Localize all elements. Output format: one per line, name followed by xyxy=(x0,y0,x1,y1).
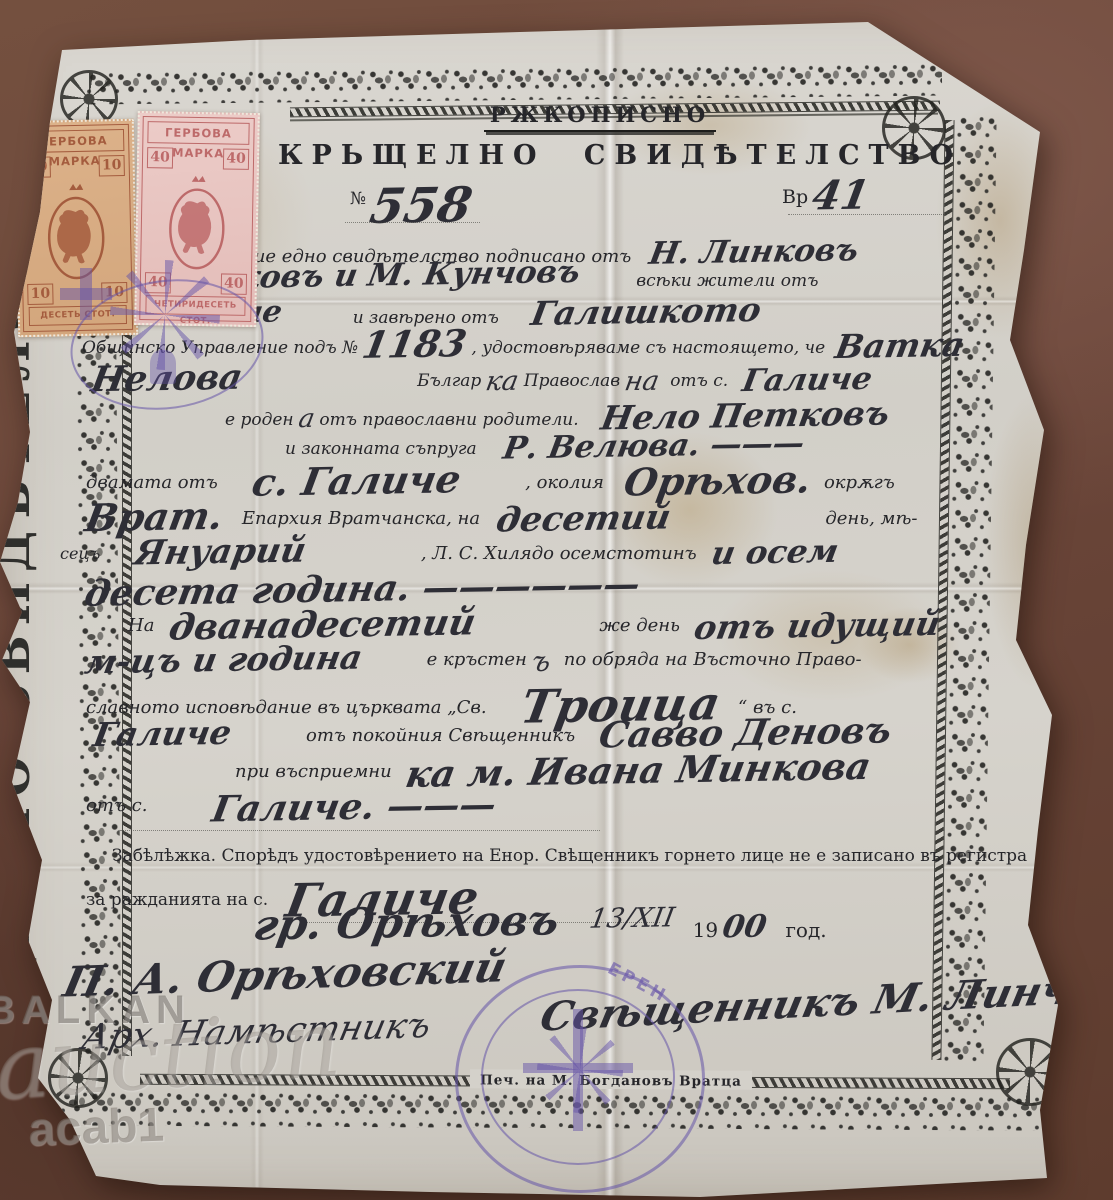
printed-text: На xyxy=(128,615,154,636)
handwritten-text: Галиче xyxy=(90,713,234,754)
stamp-denomination: ЧЕТИРИДЕСЕТЬ СТОТ. xyxy=(145,295,245,316)
revenue-stamp-10: ГЕРБОВА МАРКА 10 10 10 10 ДЕСЕТЬ СТОТ. xyxy=(14,119,138,337)
printed-text: сецъ xyxy=(60,544,100,563)
year-handwritten: 00 xyxy=(720,909,770,946)
body-line-5: Нелова Българ ка Православ на отъ с. Гал… xyxy=(92,358,872,399)
paper-shadow: КРЬЩЕЛНО СВИДѢТЕЛСТВО РЖКОПИСНО КРЬЩЕЛНО… xyxy=(0,0,1113,1200)
printed-text: Православ xyxy=(524,371,620,391)
dotted-rule xyxy=(120,830,600,831)
signature-text: Свѣщенникъ М. Линчевъ xyxy=(536,962,1113,1041)
reference-number: Вр 41 xyxy=(782,172,869,219)
printed-text: отъ православни родители. xyxy=(319,410,578,430)
printed-text: Епархия Вратчанска, на xyxy=(242,508,480,529)
stamp-value: 40 xyxy=(223,148,249,169)
handwritten-text: ъ xyxy=(529,645,554,678)
printed-text: за ражданията на с. xyxy=(86,890,268,910)
note-line-1: Забѣлѣжка. Спорѣдъ удостовѣрението на Ен… xyxy=(112,846,1027,866)
ref-label: Вр xyxy=(782,186,808,208)
day-handwritten: 13/XII xyxy=(587,902,677,934)
frame-right-rope xyxy=(931,120,954,1060)
dotted-rule xyxy=(788,214,946,215)
stamp-header: ГЕРБОВА МАРКА xyxy=(147,121,249,145)
printed-text: отъ покойния Свѣщенникъ xyxy=(306,725,575,746)
printer-text: Печ. на М. Богдановъ Вратца xyxy=(480,1072,742,1089)
printed-text: отъ с. xyxy=(86,795,147,816)
signature-3: Свѣщенникъ М. Линчевъ xyxy=(545,978,1113,1025)
body-line-17: отъ с. Галиче. ——— xyxy=(86,786,495,828)
frame-top-band xyxy=(86,60,942,105)
place-handwritten: гр. Орѣховъ xyxy=(250,895,563,949)
signature-2: Арх. Намѣстникъ xyxy=(84,1012,429,1052)
photo-scene: КРЬЩЕЛНО СВИДѢТЕЛСТВО РЖКОПИСНО КРЬЩЕЛНО… xyxy=(0,0,1113,1200)
handwritten-text: Галиче. ——— xyxy=(208,784,499,831)
doc-class-heading: РЖКОПИСНО xyxy=(380,102,820,127)
lion-coat-of-arms xyxy=(164,174,230,281)
stamp-value: 40 xyxy=(147,147,173,168)
stamp-value: 10 xyxy=(98,155,124,177)
handwritten-text: м-цъ и година xyxy=(82,638,365,682)
printed-text: отъ с. xyxy=(670,371,728,391)
printed-text: день, мѣ- xyxy=(825,508,917,529)
year-suffix: год. xyxy=(785,918,826,942)
doc-class-text: РЖКОПИСНО xyxy=(484,102,716,132)
document-number: № 558 xyxy=(350,178,471,234)
printed-text: же день xyxy=(599,615,680,636)
dotted-rule xyxy=(345,222,480,223)
stamp-frame: ГЕРБОВА МАРКА 40 40 40 40 ЧЕТИРИДЕСЕТЬ С… xyxy=(139,116,255,322)
frame-bottom-band xyxy=(60,1087,1040,1130)
printed-text: е роден xyxy=(225,410,294,430)
lion-coat-of-arms xyxy=(43,181,109,290)
printed-text: окрѫгъ xyxy=(824,472,895,493)
frame-right-band xyxy=(943,112,996,1068)
printed-text: Общинско Управление подъ № xyxy=(82,338,358,358)
stain xyxy=(930,90,1070,350)
body-line-13: м-цъ и година е кръстен ъ по обряда на В… xyxy=(86,640,862,679)
document-title: КРЬЩЕЛНО СВИДѢТЕЛСТВО xyxy=(240,140,1000,171)
corner-ornament-bottom-right xyxy=(996,1038,1064,1106)
printer-imprint: Печ. на М. Богдановъ Вратца xyxy=(470,1069,752,1089)
printed-text: всѣки жители отъ xyxy=(636,271,818,291)
number-label: № xyxy=(350,189,366,209)
stamp-denomination: ДЕСЕТЬ СТОТ. xyxy=(29,305,127,326)
printed-text: е кръстен xyxy=(427,649,527,670)
handwritten-text: на xyxy=(622,366,661,398)
printed-text: двамата отъ xyxy=(86,472,218,493)
printed-text: при въсприемни xyxy=(235,761,392,782)
printed-text: , удостовѣряваме съ настоящето, че xyxy=(471,338,825,358)
stain xyxy=(980,380,1090,700)
printed-text: , околия xyxy=(525,472,604,493)
handwritten-text: ка xyxy=(484,366,522,398)
document-paper: КРЬЩЕЛНО СВИДѢТЕЛСТВО РЖКОПИСНО КРЬЩЕЛНО… xyxy=(0,0,1113,1200)
signature-1: П. А. Орѣховский xyxy=(66,950,504,999)
date-line: гр. Орѣховъ 13/XII 19 00 год. xyxy=(255,898,827,947)
printed-text: Българ xyxy=(417,371,481,391)
printed-text: по обряда на Въсточно Право- xyxy=(564,649,862,670)
ref-value-handwritten: 41 xyxy=(809,172,873,220)
stamp-header: ГЕРБОВА МАРКА xyxy=(24,129,124,153)
stamp-frame: ГЕРБОВА МАРКА 10 10 10 10 ДЕСЕТЬ СТОТ. xyxy=(19,124,133,332)
year-printed: 19 xyxy=(693,918,718,942)
handwritten-text: и осем xyxy=(708,532,841,572)
stamp-value: 10 xyxy=(25,157,51,179)
signature-text: П. А. Орѣховский xyxy=(59,942,511,1006)
number-value-handwritten: 558 xyxy=(366,177,476,235)
revenue-stamp-40: ГЕРБОВА МАРКА 40 40 40 40 ЧЕТИРИДЕСЕТЬ С… xyxy=(134,111,260,327)
handwritten-text: Нелова xyxy=(88,357,246,401)
printed-text: , Л. С. Хилядо осемстотинъ xyxy=(421,543,697,564)
signature-text: Арх. Намѣстникъ xyxy=(78,1006,434,1058)
